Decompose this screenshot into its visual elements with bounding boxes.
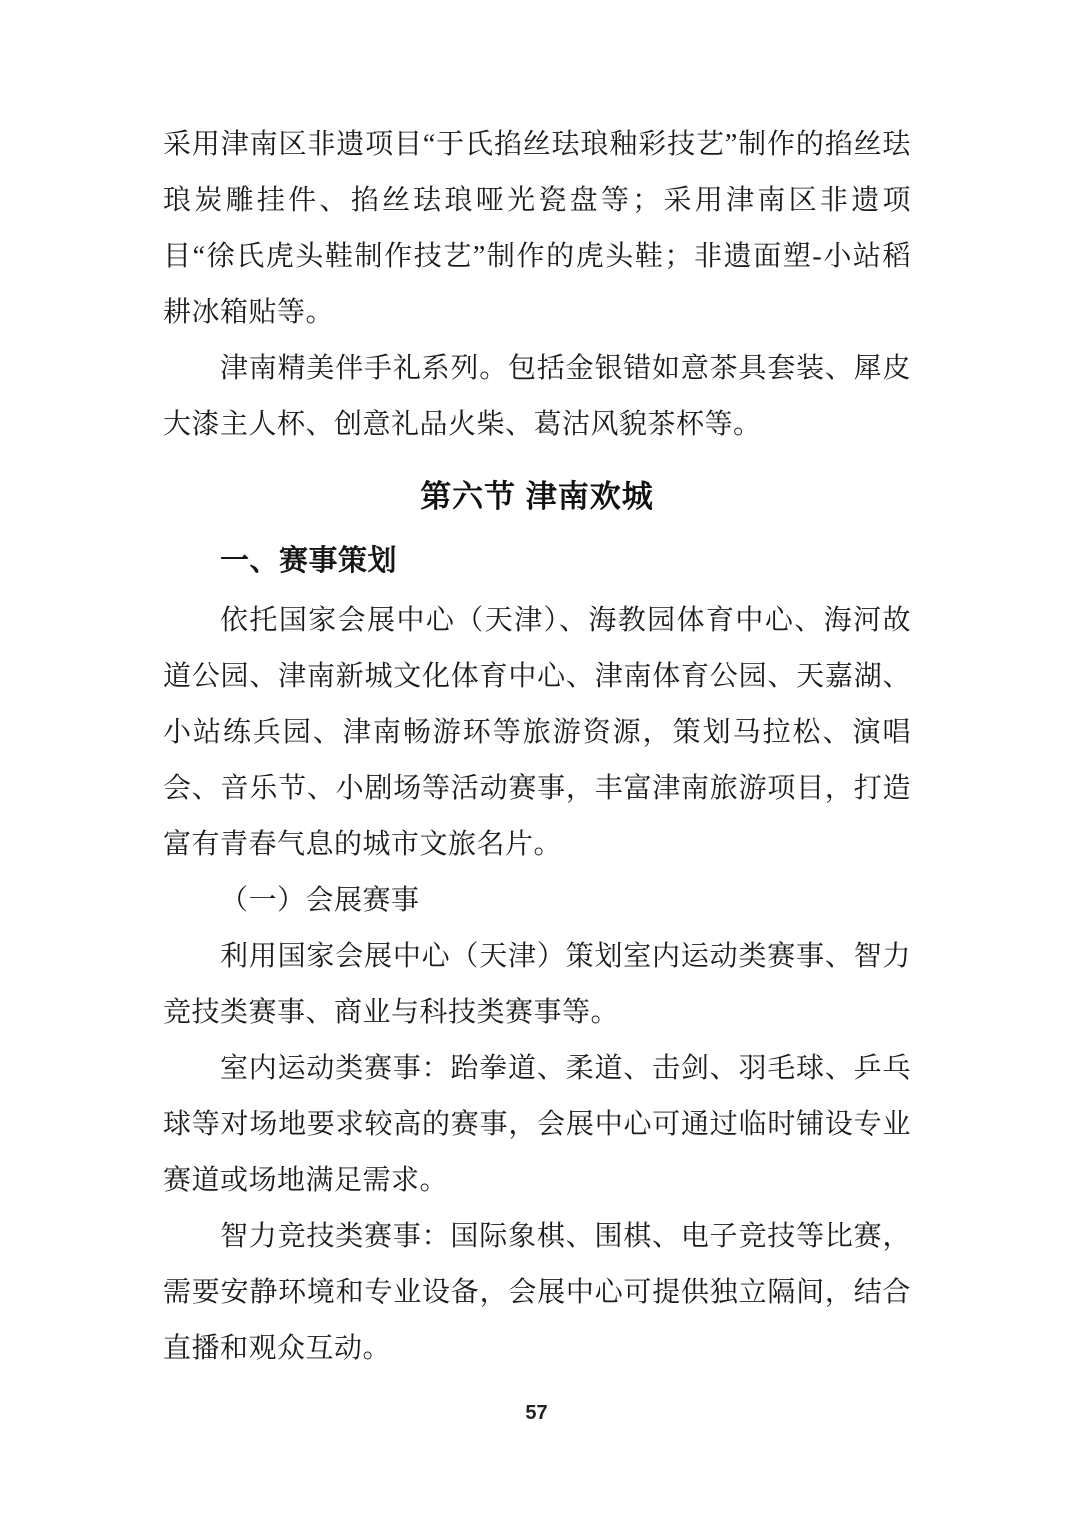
paragraph-exhibition-center-events: 利用国家会展中心（天津）策划室内运动类赛事、智力竞技类赛事、商业与科技类赛事等。 <box>163 929 911 1041</box>
sub-subsection-heading-exhibition-events: （一）会展赛事 <box>163 873 911 929</box>
paragraph-event-resources: 依托国家会展中心（天津）、海教园体育中心、海河故道公园、津南新城文化体育中心、津… <box>163 593 911 873</box>
paragraph-nonheritage-products: 采用津南区非遗项目“于氏掐丝珐琅釉彩技艺”制作的掐丝珐琅炭雕挂件、掐丝珐琅哑光瓷… <box>163 117 911 341</box>
paragraph-indoor-sports-events: 室内运动类赛事：跆拳道、柔道、击剑、羽毛球、乒乓球等对场地要求较高的赛事，会展中… <box>163 1041 911 1209</box>
section-heading: 第六节 津南欢城 <box>163 465 911 529</box>
subsection-heading-event-planning: 一、赛事策划 <box>163 529 911 593</box>
document-page: 采用津南区非遗项目“于氏掐丝珐琅釉彩技艺”制作的掐丝珐琅炭雕挂件、掐丝珐琅哑光瓷… <box>0 0 1073 1519</box>
page-number: 57 <box>0 1402 1073 1425</box>
paragraph-souvenir-series: 津南精美伴手礼系列。包括金银错如意茶具套装、犀皮大漆主人杯、创意礼品火柴、葛沽风… <box>163 341 911 453</box>
paragraph-mind-sports-events: 智力竞技类赛事：国际象棋、围棋、电子竞技等比赛，需要安静环境和专业设备，会展中心… <box>163 1209 911 1377</box>
document-content: 采用津南区非遗项目“于氏掐丝珐琅釉彩技艺”制作的掐丝珐琅炭雕挂件、掐丝珐琅哑光瓷… <box>163 117 911 1377</box>
